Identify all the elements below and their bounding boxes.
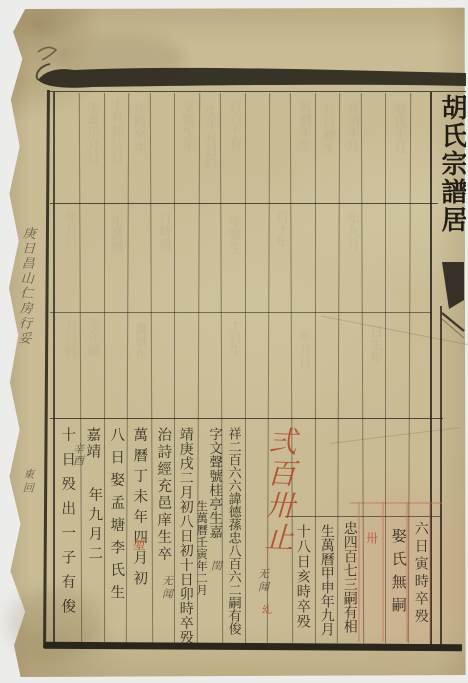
scanned-page: 胡氏宗譜居 生萬年月日十月初八日年時卒生字號生年生年月日時百六十有萬曆年生月日時…	[0, 0, 468, 683]
col-6th-day: 六日寅時卒殁	[413, 521, 428, 626]
book-title: 胡氏宗譜居	[436, 94, 466, 274]
col-wanli-dingwei: 萬曆丁未年四月初	[131, 427, 146, 591]
ghost-bleedthrough-column: 生年時	[84, 318, 99, 357]
ghost-bleedthrough-column: 年月日	[295, 330, 310, 369]
red-tally: 弍百卅止	[262, 426, 297, 555]
margin-corner-mark: 東回	[21, 468, 34, 497]
col-zi-wensheng: 字文聲號桂亭生嘉	[207, 427, 221, 539]
ghost-bleedthrough-column: 萬曆年	[131, 322, 146, 361]
col-born-renyin: 生萬曆壬寅年二月	[196, 500, 208, 596]
red-check-mark-1: 堃	[130, 538, 144, 551]
col-jing-gengxu: 靖庚戌二月初八日初十日卯時卒殁	[178, 427, 193, 645]
ghost-bleedthrough-column: 百六十有	[225, 98, 240, 150]
book-title-text: 胡氏宗譜	[437, 94, 466, 206]
ghost-bleedthrough-column: 生年月日時	[201, 105, 216, 170]
red-check-mark-2: 乣	[259, 604, 270, 614]
col-shijing-scholar: 治詩經充邑庠生卒	[155, 427, 170, 563]
ghost-bleedthrough-column: 月日時	[61, 320, 76, 359]
ghost-bleedthrough-column: 十月初八日	[107, 98, 122, 163]
col-jiajing-era: 嘉靖	[84, 427, 99, 460]
col-zhong-473: 忠四百七三嗣有相	[342, 521, 357, 633]
annot-wuwen-1: 无闻	[161, 575, 173, 601]
annot-wuwen-2: 无闻	[257, 568, 269, 594]
ghost-bleedthrough-column: 日生年	[366, 325, 381, 364]
ghost-bleedthrough-column: 年時卒生	[130, 102, 145, 154]
col-marriage: 八日娶孟塘李氏生	[108, 427, 123, 607]
col-wife-no-heir: 娶氏無嗣	[390, 528, 406, 620]
ghost-bleedthrough-column: 日時殁	[155, 212, 170, 251]
col-born-jiashen: 生萬曆甲申年九月	[319, 524, 334, 636]
ghost-bleedthrough-column: 嘉靖年月	[343, 100, 358, 152]
ghost-bleedthrough-column: 萬曆年生	[295, 100, 310, 152]
annot-leap-month: 閏	[210, 560, 222, 571]
red-check-mark-3: 卅	[365, 532, 378, 544]
ghost-bleedthrough-column: 年九月	[343, 212, 358, 251]
ghost-bleedthrough-column: 年月日	[61, 210, 76, 249]
annot-year-xinyou: 辛酉	[72, 443, 84, 467]
ghost-bleedthrough-column: 月日時生	[319, 103, 334, 155]
ghost-bleedthrough-column: 字號生年	[178, 100, 193, 152]
ghost-bleedthrough-column: 生萬年月日	[83, 100, 98, 165]
ghost-bleedthrough-column: 娶氏生月	[390, 102, 405, 154]
col-18th-day: 十八日亥時卒殁	[295, 524, 310, 629]
ghost-bleedthrough-column: 生萬曆	[107, 215, 122, 254]
ghost-bleedthrough-column: 十日生	[225, 318, 240, 357]
ghost-bleedthrough-column: 百十年	[272, 210, 287, 249]
book-title-partial-char: 居	[437, 206, 466, 234]
col-jiajing-cont: 年九月二	[86, 487, 101, 565]
ghost-bleedthrough-column: 字號生	[225, 215, 240, 254]
col-xiang-266: 祥二百六六諱德蓀忠八百六二嗣有俊	[226, 427, 240, 635]
